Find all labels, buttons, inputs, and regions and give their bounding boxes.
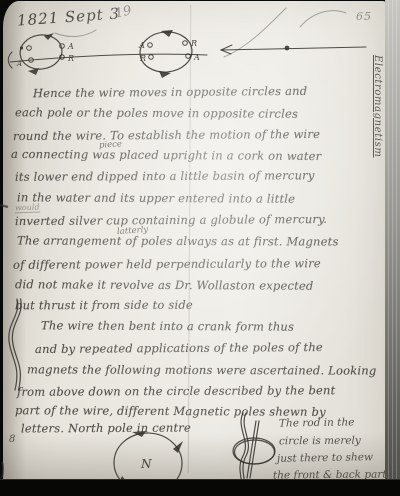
manuscript-line: and by repeated applications of the pole…	[35, 340, 323, 356]
photo-bottom-border	[0, 479, 400, 496]
manuscript-line: part of the wire, different Magnetic pol…	[15, 403, 326, 419]
book-page-edges	[385, 0, 400, 483]
date-flourish-mark: 19	[114, 3, 133, 21]
bottom-note-line: just there to shew	[277, 451, 373, 465]
margin-subject-label: Electromagnetism	[372, 55, 383, 157]
manuscript-line: inverted silver cup containing a globule…	[15, 212, 327, 228]
manuscript-line: The wire then bent into a crank form thu…	[41, 318, 294, 333]
manuscript-line: of different power held perpendicularly …	[13, 256, 321, 272]
manuscript-line: in the water and its upper entered into …	[17, 190, 295, 205]
entry-date: 1821 Sept 3	[16, 4, 120, 29]
manuscript-line: The arrangement of poles always as at fi…	[17, 233, 339, 248]
manuscript-line: round the wire. To establish the motion …	[13, 127, 320, 143]
manuscript-line: letters. North pole in centre	[21, 421, 191, 436]
photograph-of-notebook-page: 1821 Sept 3 19 65 Electromagnetism Hence…	[0, 0, 400, 496]
manuscript-line: from above down on the circle described …	[17, 383, 336, 399]
manuscript-line: magnets the following motions were ascer…	[27, 362, 377, 377]
notebook-page: 1821 Sept 3 19 65 Electromagnetism Hence…	[3, 1, 386, 480]
page-number: 65	[356, 10, 372, 23]
manuscript-line: its lower end dipped into a little basin…	[15, 168, 315, 184]
pencil-annotation: would	[15, 203, 40, 214]
manuscript-line: each pole or the poles move in opposite …	[15, 105, 298, 120]
interlinear-insert: piece	[99, 139, 122, 150]
manuscript-line: but thrust it from side to side	[15, 298, 193, 313]
manuscript-line: did not make it revolve as Dr. Wollaston…	[15, 277, 314, 293]
manuscript-line: Hence the wire moves in opposite circles…	[33, 84, 307, 100]
bottom-note-line: circle is merely	[279, 435, 361, 448]
margin-mark: 8	[9, 434, 15, 445]
bottom-note-line: The rod in the	[279, 416, 355, 429]
manuscript-line: a connecting was placed upright in a cor…	[11, 147, 322, 163]
